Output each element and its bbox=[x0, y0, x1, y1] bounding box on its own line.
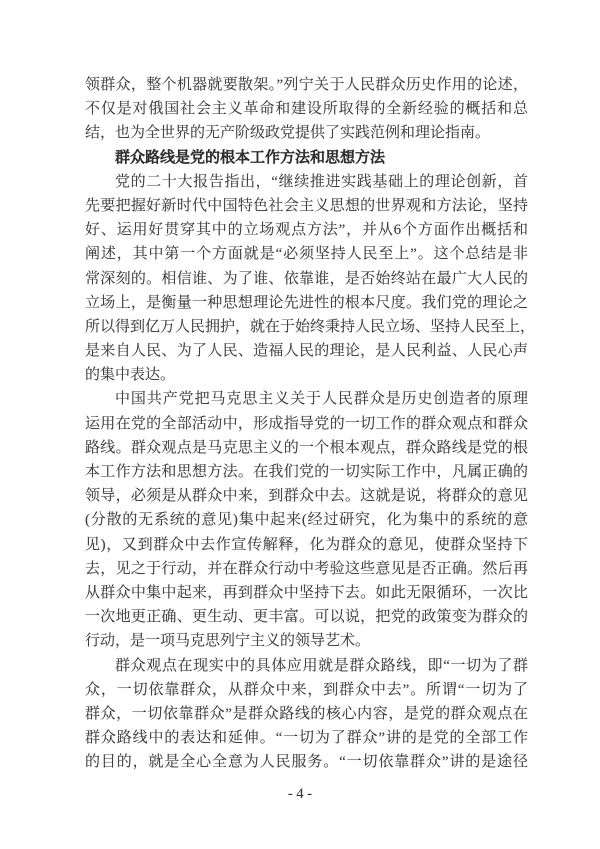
text-line: 阐述，其中第一个方面就是“必须坚持人民至上”。这个总结是非 bbox=[85, 242, 528, 266]
text-line: 路线。群众观点是马克思主义的一个根本观点，群众路线是党的根 bbox=[85, 436, 528, 460]
text-line: 所以得到亿万人民拥护，就在于始终秉持人民立场、坚持人民至上， bbox=[85, 315, 528, 339]
text-line: 众，一切依靠群众，从群众中来，到群众中去”。所谓“一切为了 bbox=[85, 678, 528, 702]
text-line: 结，也为全世界的无产阶级政党提供了实践范例和理论指南。 bbox=[85, 121, 528, 145]
text-line: 一次地更正确、更生动、更丰富。可以说，把党的政策变为群众的 bbox=[85, 605, 528, 629]
text-line: 党的二十大报告指出，“继续推进实践基础上的理论创新，首 bbox=[85, 170, 528, 194]
document-page: 领群众，整个机器就要散架。”列宁关于人民群众历史作用的论述， 不仅是对俄国社会主… bbox=[0, 0, 600, 849]
text-line: 常深刻的。相信谁、为了谁、依靠谁，是否始终站在最广大人民的 bbox=[85, 267, 528, 291]
text-line: 的目的，就是全心全意为人民服务。“一切依靠群众”讲的是途径 bbox=[85, 750, 528, 774]
text-line: 中国共产党把马克思主义关于人民群众是历史创造者的原理 bbox=[85, 387, 528, 411]
text-line: 群众，一切依靠群众”是群众路线的核心内容，是党的群众观点在 bbox=[85, 702, 528, 726]
text-line: 去，见之于行动，并在群众行动中考验这些意见是否正确。然后再 bbox=[85, 557, 528, 581]
text-line: 见)，又到群众中去作宣传解释，化为群众的意见，使群众坚持下 bbox=[85, 533, 528, 557]
page-number: - 4 - bbox=[0, 786, 600, 803]
section-heading: 群众路线是党的根本工作方法和思想方法 bbox=[85, 146, 528, 170]
text-line: 本工作方法和思想方法。在我们党的一切实际工作中，凡属正确的 bbox=[85, 460, 528, 484]
body-text-block: 领群众，整个机器就要散架。”列宁关于人民群众历史作用的论述， 不仅是对俄国社会主… bbox=[85, 73, 528, 774]
text-line: 从群众中集中起来，再到群众中坚持下去。如此无限循环，一次比 bbox=[85, 581, 528, 605]
text-line: 先要把握好新时代中国特色社会主义思想的世界观和方法论，坚持 bbox=[85, 194, 528, 218]
text-line: (分散的无系统的意见)集中起来(经过研究，化为集中的系统的意 bbox=[85, 508, 528, 532]
text-line: 立场上，是衡量一种思想理论先进性的根本尺度。我们党的理论之 bbox=[85, 291, 528, 315]
text-line: 好、运用好贯穿其中的立场观点方法”，并从6个方面作出概括和 bbox=[85, 218, 528, 242]
text-line: 领导，必须是从群众中来，到群众中去。这就是说，将群众的意见 bbox=[85, 484, 528, 508]
text-line: 行动，是一项马克思列宁主义的领导艺术。 bbox=[85, 629, 528, 653]
text-line: 群众路线中的表达和延伸。“一切为了群众”讲的是党的全部工作 bbox=[85, 726, 528, 750]
text-line: 是来自人民、为了人民、造福人民的理论，是人民利益、人民心声 bbox=[85, 339, 528, 363]
text-line: 运用在党的全部活动中，形成指导党的一切工作的群众观点和群众 bbox=[85, 412, 528, 436]
text-line: 群众观点在现实中的具体应用就是群众路线，即“一切为了群 bbox=[85, 654, 528, 678]
text-line: 不仅是对俄国社会主义革命和建设所取得的全新经验的概括和总 bbox=[85, 97, 528, 121]
text-line: 的集中表达。 bbox=[85, 363, 528, 387]
text-line: 领群众，整个机器就要散架。”列宁关于人民群众历史作用的论述， bbox=[85, 73, 528, 97]
